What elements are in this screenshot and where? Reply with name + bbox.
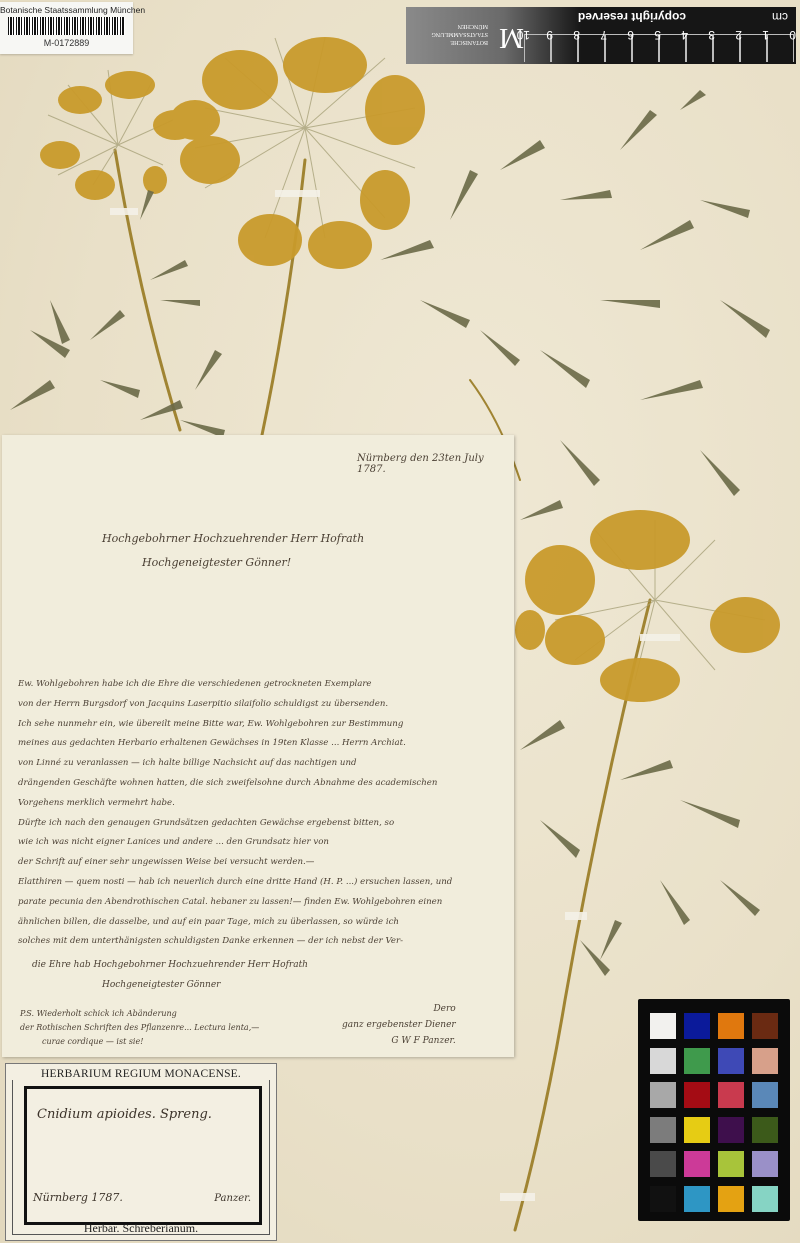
letter-line: von Linné zu veranlassen — ich halte bil… — [18, 754, 498, 774]
color-swatch — [650, 1117, 676, 1143]
color-swatch — [718, 1048, 744, 1074]
color-swatch — [718, 1082, 744, 1108]
institution-name: Botanische Staatssammlung München — [0, 5, 133, 15]
color-swatch — [752, 1151, 778, 1177]
letter-postscript: P.S. Wiederholt schick ich Abänderung de… — [20, 1007, 259, 1049]
letter-line: Dürfte ich nach den genaugen Grundsätzen… — [18, 814, 498, 834]
letter-date: Nürnberg den 23ten July 1787. — [357, 453, 514, 475]
locality-year: Nürnberg 1787. — [33, 1191, 123, 1204]
mounting-tape — [640, 634, 680, 641]
color-swatch — [718, 1117, 744, 1143]
letter-salutation: Hochgebohrner Hochzuehrender Herr Hofrat… — [102, 527, 364, 575]
institution-logo: M BOTANISCHE STAATSSAMMLUNG MÜNCHEN — [414, 12, 524, 56]
color-swatch — [718, 1151, 744, 1177]
letter-line: wie ich was nicht eigner Lanices und and… — [18, 833, 498, 853]
mounting-tape — [110, 208, 138, 215]
color-swatch — [650, 1151, 676, 1177]
color-swatch — [684, 1013, 710, 1039]
label-frame: Cnidium apioides. Spreng. Nürnberg 1787.… — [24, 1086, 262, 1225]
copyright-text: copyright reserved — [578, 10, 686, 24]
letter-body: Ew. Wohlgebohren habe ich die Ehre die v… — [18, 675, 498, 952]
color-swatch — [650, 1013, 676, 1039]
barcode — [8, 17, 125, 35]
letter-line: Elatthiren — quem nosti — hab ich neuerl… — [18, 873, 498, 893]
color-swatch — [684, 1082, 710, 1108]
color-swatch — [718, 1186, 744, 1212]
letter-line: Ew. Wohlgebohren habe ich die Ehre die v… — [18, 675, 498, 695]
color-swatch — [752, 1082, 778, 1108]
color-swatch — [752, 1117, 778, 1143]
handwritten-letter: Nürnberg den 23ten July 1787. Hochgebohr… — [2, 435, 514, 1057]
color-swatch — [752, 1186, 778, 1212]
letter-line: drängenden Geschäfte wohnen hatten, die … — [18, 774, 498, 794]
barcode-label: Botanische Staatssammlung München M-0172… — [0, 2, 133, 54]
specimen-id: M-0172889 — [0, 38, 133, 48]
label-header: HERBARIUM REGIUM MONACENSE. — [6, 1068, 276, 1080]
color-swatch — [684, 1048, 710, 1074]
letter-line: solches mit dem unterthänigsten schuldig… — [18, 932, 498, 952]
mounting-tape — [275, 190, 320, 197]
letter-closing: die Ehre hab Hochgebohrner Hochzuehrende… — [32, 955, 308, 995]
taxon-name: Cnidium apioides. Spreng. — [37, 1107, 212, 1122]
letter-line: Ich sehe nunmehr ein, wie übereilt meine… — [18, 715, 498, 735]
herbarium-sheet: Botanische Staatssammlung München M-0172… — [0, 0, 800, 1243]
collector-name: Panzer. — [214, 1193, 251, 1204]
label-footer: Herbar. Schreberianum. — [6, 1221, 276, 1236]
color-swatch — [752, 1013, 778, 1039]
color-swatch — [650, 1186, 676, 1212]
color-swatch — [718, 1013, 744, 1039]
color-swatch — [684, 1151, 710, 1177]
scale-bar: 0 1 2 3 4 5 6 7 8 9 10 cm copyright rese… — [406, 7, 796, 64]
color-swatch — [752, 1048, 778, 1074]
letter-line: parate pecunia den Abendrothischen Catal… — [18, 893, 498, 913]
letter-line: der Schrift auf einer sehr ungewissen We… — [18, 853, 498, 873]
color-swatch — [684, 1117, 710, 1143]
letter-signature: Dero ganz ergebenster Diener G W F Panze… — [342, 1001, 456, 1049]
logo-mark-icon: M — [499, 22, 524, 52]
scale-numbers: 0 1 2 3 4 5 6 7 8 9 10 — [516, 28, 796, 42]
letter-line: ähnlichen billen, die dasselbe, und auf … — [18, 913, 498, 933]
mounting-tape — [500, 1193, 535, 1201]
letter-line: Vorgehens merklich vermehrt habe. — [18, 794, 498, 814]
color-swatch — [650, 1082, 676, 1108]
color-checker-card — [638, 999, 790, 1221]
color-swatch — [650, 1048, 676, 1074]
herbarium-label: HERBARIUM REGIUM MONACENSE. Cnidium apio… — [5, 1063, 277, 1241]
color-swatch — [684, 1186, 710, 1212]
letter-line: meines aus gedachten Herbario erhaltenen… — [18, 734, 498, 754]
mounting-tape — [565, 912, 587, 920]
letter-line: von der Herrn Burgsdorf von Jacquins Las… — [18, 695, 498, 715]
scale-unit: cm — [772, 10, 788, 24]
